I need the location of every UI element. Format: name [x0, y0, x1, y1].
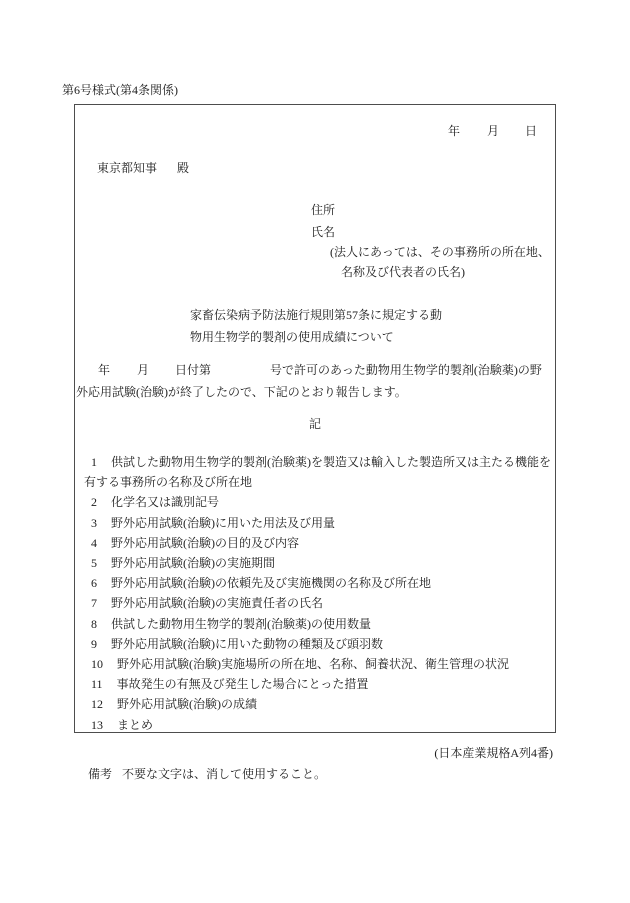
addressee-honorific: 殿 [177, 161, 189, 175]
item-number: 5 [91, 553, 97, 573]
year-label: 年 [448, 124, 460, 138]
paper-size-note: (日本産業規格A列4番) [434, 747, 553, 759]
item-list: 1供試した動物用生物学的製剤(治験薬)を製造又は輸入した製造所又は主たる機能を … [91, 452, 551, 735]
record-heading: 記 [75, 418, 555, 430]
item-number: 3 [91, 513, 97, 533]
item-text: 事故発生の有無及び発生した場合にとった措置 [117, 677, 369, 691]
list-item: 4野外応用試験(治験)の目的及び内容 [91, 533, 551, 553]
list-item: 11事故発生の有無及び発生した場合にとった措置 [91, 674, 551, 694]
sender-address-label: 住所 [311, 204, 335, 216]
body-month-label: 月 [137, 363, 149, 377]
item-text: 供試した動物用生物学的製剤(治験薬)の使用数量 [111, 617, 371, 631]
item-number: 2 [91, 492, 97, 512]
body-paragraph-line2: 外応用試験(治験)が終了したので、下記のとおり報告します。 [76, 386, 407, 398]
item-number: 4 [91, 533, 97, 553]
item-text: まとめ [117, 718, 153, 732]
remarks-label: 備考 [88, 767, 112, 781]
month-label: 月 [487, 124, 499, 138]
remarks-text: 不要な文字は、消して使用すること。 [122, 767, 326, 781]
list-item: 3野外応用試験(治験)に用いた用法及び用量 [91, 513, 551, 533]
addressee-name: 東京都知事 [97, 161, 157, 175]
item-text: 野外応用試験(治験)の実施期間 [111, 556, 275, 570]
body-line1-rest: 号で許可のあった動物用生物学的製剤(治験薬)の野 [270, 363, 542, 377]
item-number: 10 [91, 654, 103, 674]
item-text: 野外応用試験(治験)実施場所の所在地、名称、飼養状況、衛生管理の状況 [117, 657, 509, 671]
sender-name-label: 氏名 [311, 226, 335, 238]
list-item: 7野外応用試験(治験)の実施責任者の氏名 [91, 593, 551, 613]
item-number: 7 [91, 593, 97, 613]
subject-title: 家畜伝染病予防法施行規則第57条に規定する動 物用生物学的製剤の使用成績について [190, 304, 442, 348]
body-year-label: 年 [98, 363, 110, 377]
item-text: 化学名又は識別記号 [111, 495, 219, 509]
list-item: 9野外応用試験(治験)に用いた動物の種類及び頭羽数 [91, 634, 551, 654]
item-number: 13 [91, 715, 103, 735]
subject-title-line1: 家畜伝染病予防法施行規則第57条に規定する動 [190, 304, 442, 326]
corporate-note-line1: (法人にあっては、その事務所の所在地、 [330, 246, 550, 258]
item-text: 供試した動物用生物学的製剤(治験薬)を製造又は輸入した製造所又は主たる機能を [111, 455, 551, 469]
item-text: 野外応用試験(治験)に用いた動物の種類及び頭羽数 [111, 637, 383, 651]
corporate-note-line2: 名称及び代表者の氏名) [341, 266, 465, 278]
item-number: 11 [91, 674, 103, 694]
item-text: 野外応用試験(治験)の依頼先及び実施機関の名称及び所在地 [111, 576, 431, 590]
item-number: 8 [91, 614, 97, 634]
addressee: 東京都知事殿 [97, 162, 189, 174]
list-item: 6野外応用試験(治験)の依頼先及び実施機関の名称及び所在地 [91, 573, 551, 593]
item-text: 野外応用試験(治験)に用いた用法及び用量 [111, 516, 335, 530]
item-number: 12 [91, 694, 103, 714]
item-text-continuation: 有する事務所の名称及び所在地 [84, 472, 551, 492]
item-number: 9 [91, 634, 97, 654]
list-item: 10野外応用試験(治験)実施場所の所在地、名称、飼養状況、衛生管理の状況 [91, 654, 551, 674]
form-number-label: 第6号様式(第4条関係) [62, 84, 178, 96]
date-line: 年月日 [448, 125, 537, 137]
day-label: 日 [525, 124, 537, 138]
item-text: 野外応用試験(治験)の実施責任者の氏名 [111, 596, 323, 610]
list-item: 1供試した動物用生物学的製剤(治験薬)を製造又は輸入した製造所又は主たる機能を [91, 452, 551, 472]
list-item: 5野外応用試験(治験)の実施期間 [91, 553, 551, 573]
item-number: 1 [91, 452, 97, 472]
item-number: 6 [91, 573, 97, 593]
body-day-no-prefix: 日付第 [175, 363, 211, 377]
subject-title-line2: 物用生物学的製剤の使用成績について [190, 326, 442, 348]
item-text: 野外応用試験(治験)の成績 [117, 697, 257, 711]
form-border-box: 年月日 東京都知事殿 住所 氏名 (法人にあっては、その事務所の所在地、 名称及… [74, 104, 556, 733]
body-paragraph-line1: 年月日付第号で許可のあった動物用生物学的製剤(治験薬)の野 [98, 364, 542, 376]
remarks-line: 備考不要な文字は、消して使用すること。 [88, 768, 326, 780]
list-item: 8供試した動物用生物学的製剤(治験薬)の使用数量 [91, 614, 551, 634]
list-item: 12野外応用試験(治験)の成績 [91, 694, 551, 714]
list-item: 13まとめ [91, 715, 551, 735]
item-text: 野外応用試験(治験)の目的及び内容 [111, 536, 299, 550]
list-item: 2化学名又は識別記号 [91, 492, 551, 512]
document-page: { "doc": { "form_label": "第6号様式(第4条関係)",… [0, 0, 630, 903]
